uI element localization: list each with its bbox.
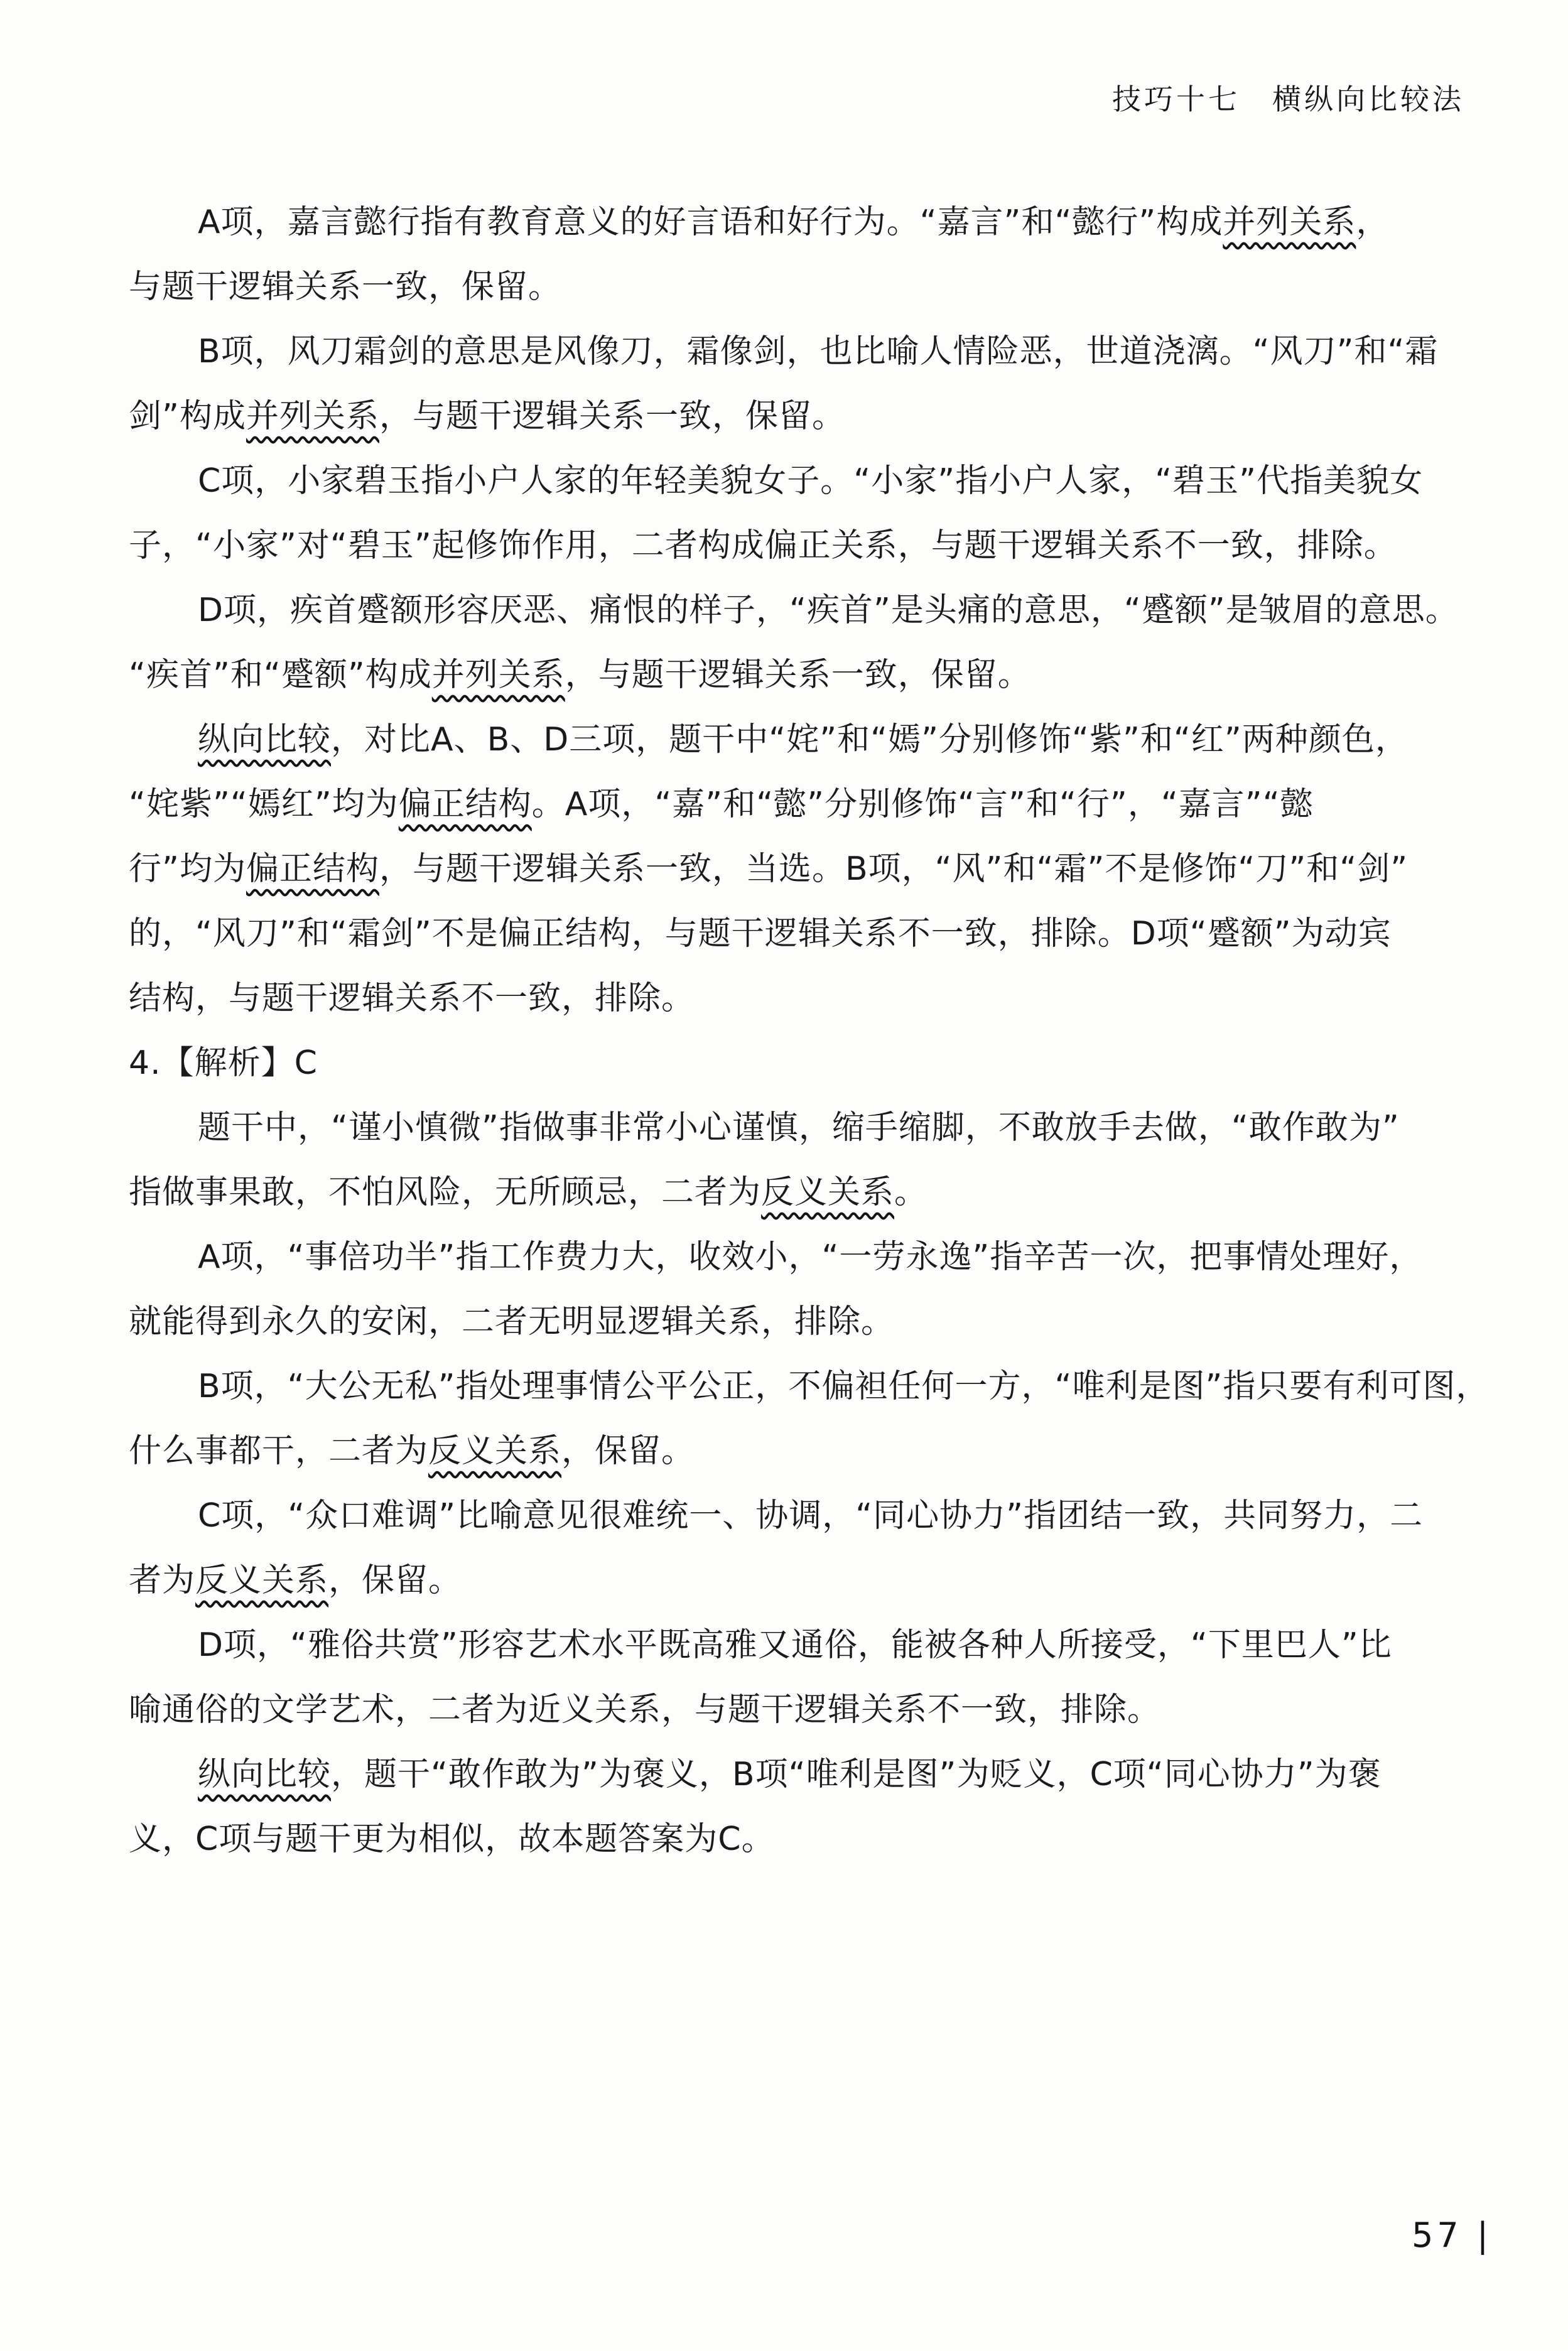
text-segment: D项，疾首蹙额形容厌恶、痛恨的样子，“疾首”是头痛的意思，“蹙额”是皱眉的意思。: [198, 592, 1459, 629]
text-line: B项，“大公无私”指处理事情公平公正，不偏袒任何一方，“唯利是图”指只要有利可图…: [129, 1354, 1454, 1419]
text-segment: 。A项，“嘉”和“懿”分别修饰“言”和“行”，“嘉言”“懿: [532, 786, 1314, 823]
text-line: A项，“事倍功半”指工作费力大，收效小，“一劳永逸”指辛苦一次，把事情处理好，: [129, 1225, 1454, 1290]
text-line: 者为反义关系，保留。: [129, 1548, 1454, 1613]
text-segment: C项，“众口难调”比喻意见很难统一、协调，“同心协力”指团结一致，共同努力，二: [198, 1497, 1423, 1535]
text-line: 子，“小家”对“碧玉”起修饰作用，二者构成偏正关系，与题干逻辑关系不一致，排除。: [129, 514, 1454, 578]
wavy-underlined-phrase: 反义关系: [428, 1432, 561, 1470]
text-segment: 结构，与题干逻辑关系不一致，排除。: [129, 980, 695, 1017]
text-segment: A项，嘉言懿行指有教育意义的好言语和好行为。“嘉言”和“懿行”构成: [198, 203, 1223, 241]
text-line: 结构，与题干逻辑关系不一致，排除。: [129, 966, 1454, 1031]
text-line: C项，“众口难调”比喻意见很难统一、协调，“同心协力”指团结一致，共同努力，二: [129, 1484, 1454, 1548]
text-line: 义，C项与题干更为相似，故本题答案为C。: [129, 1807, 1454, 1872]
text-segment: 指做事果敢，不怕风险，无所顾忌，二者为: [129, 1174, 761, 1211]
text-line: D项，疾首蹙额形容厌恶、痛恨的样子，“疾首”是头痛的意思，“蹙额”是皱眉的意思。: [129, 578, 1454, 643]
text-segment: D项，“雅俗共赏”形容艺术水平既高雅又通俗，能被各种人所接受，“下里巴人”比: [198, 1626, 1392, 1664]
text-segment: 剑”构成: [129, 397, 246, 435]
text-line: “疾首”和“蹙额”构成并列关系，与题干逻辑关系一致，保留。: [129, 643, 1454, 708]
text-segment: ，题干“敢作敢为”为褒义，B项“唯利是图”为贬义，C项“同心协力”为褒: [331, 1756, 1381, 1793]
text-segment: A项，“事倍功半”指工作费力大，收效小，“一劳永逸”指辛苦一次，把事情处理好，: [198, 1238, 1422, 1276]
wavy-underlined-phrase: 纵向比较: [198, 1756, 331, 1793]
text-line: 的，“风刀”和“霜剑”不是偏正结构，与题干逻辑关系不一致，排除。D项“蹙额”为动…: [129, 902, 1454, 966]
book-page: 技巧十七 横纵向比较法 A项，嘉言懿行指有教育意义的好言语和好行为。“嘉言”和“…: [0, 0, 1568, 2351]
text-line: 就能得到永久的安闲，二者无明显逻辑关系，排除。: [129, 1290, 1454, 1354]
wavy-underlined-phrase: 偏正结构: [246, 850, 379, 888]
text-segment: ，保留。: [328, 1562, 462, 1599]
text-segment: ，保留。: [561, 1432, 695, 1470]
wavy-underlined-phrase: 反义关系: [195, 1562, 328, 1599]
text-segment: 者为: [129, 1562, 195, 1599]
text-segment: 。: [894, 1174, 927, 1211]
text-line: D项，“雅俗共赏”形容艺术水平既高雅又通俗，能被各种人所接受，“下里巴人”比: [129, 1613, 1454, 1678]
text-segment: B项，风刀霜剑的意思是风像刀，霜像剑，也比喻人情险恶，世道浇漓。“风刀”和“霜: [198, 333, 1439, 370]
text-segment: 的，“风刀”和“霜剑”不是偏正结构，与题干逻辑关系不一致，排除。D项“蹙额”为动…: [129, 915, 1392, 953]
page-number: 57 |: [1412, 2215, 1492, 2255]
text-line: A项，嘉言懿行指有教育意义的好言语和好行为。“嘉言”和“懿行”构成并列关系，: [129, 190, 1454, 255]
text-segment: ，: [1356, 203, 1389, 241]
text-line: C项，小家碧玉指小户人家的年轻美貌女子。“小家”指小户人家，“碧玉”代指美貌女: [129, 449, 1454, 514]
text-segment: 喻通俗的文学艺术，二者为近义关系，与题干逻辑关系不一致，排除。: [129, 1691, 1160, 1729]
text-segment: ，对比A、B、D三项，题干中“姹”和“嫣”分别修饰“紫”和“红”两种颜色，: [331, 721, 1408, 759]
text-line: 纵向比较，对比A、B、D三项，题干中“姹”和“嫣”分别修饰“紫”和“红”两种颜色…: [129, 708, 1454, 772]
text-line: “姹紫”“嫣红”均为偏正结构。A项，“嘉”和“懿”分别修饰“言”和“行”，“嘉言…: [129, 772, 1454, 837]
text-segment: “姹紫”“嫣红”均为: [129, 786, 399, 823]
text-segment: 题干中，“谨小慎微”指做事非常小心谨慎，缩手缩脚，不敢放手去做，“敢作敢为”: [198, 1109, 1400, 1147]
text-line: 纵向比较，题干“敢作敢为”为褒义，B项“唯利是图”为贬义，C项“同心协力”为褒: [129, 1743, 1454, 1807]
wavy-underlined-phrase: 偏正结构: [399, 786, 532, 823]
text-segment: C项，小家碧玉指小户人家的年轻美貌女子。“小家”指小户人家，“碧玉”代指美貌女: [198, 462, 1423, 500]
wavy-underlined-phrase: 并列关系: [432, 656, 565, 694]
text-line: 题干中，“谨小慎微”指做事非常小心谨慎，缩手缩脚，不敢放手去做，“敢作敢为”: [129, 1096, 1454, 1160]
text-line: 喻通俗的文学艺术，二者为近义关系，与题干逻辑关系不一致，排除。: [129, 1678, 1454, 1743]
text-segment: ，与题干逻辑关系一致，当选。B项，“风”和“霜”不是修饰“刀”和“剑”: [379, 850, 1408, 888]
text-segment: 4.【解析】C: [129, 1044, 318, 1082]
wavy-underlined-phrase: 并列关系: [1223, 203, 1356, 241]
text-segment: 行”均为: [129, 850, 246, 888]
text-segment: “疾首”和“蹙额”构成: [129, 656, 432, 694]
running-header-chapter-title: 技巧十七 横纵向比较法: [1112, 77, 1464, 118]
wavy-underlined-phrase: 并列关系: [246, 397, 379, 435]
text-line: 4.【解析】C: [129, 1031, 1454, 1096]
text-line: B项，风刀霜剑的意思是风像刀，霜像剑，也比喻人情险恶，世道浇漓。“风刀”和“霜: [129, 320, 1454, 384]
text-segment: 就能得到永久的安闲，二者无明显逻辑关系，排除。: [129, 1303, 894, 1341]
wavy-underlined-phrase: 反义关系: [761, 1174, 894, 1211]
wavy-underlined-phrase: 纵向比较: [198, 721, 331, 759]
text-line: 剑”构成并列关系，与题干逻辑关系一致，保留。: [129, 384, 1454, 449]
text-segment: 义，C项与题干更为相似，故本题答案为C。: [129, 1820, 775, 1858]
text-line: 什么事都干，二者为反义关系，保留。: [129, 1419, 1454, 1484]
text-segment: 与题干逻辑关系一致，保留。: [129, 268, 561, 306]
text-segment: ，与题干逻辑关系一致，保留。: [565, 656, 1031, 694]
text-segment: ，与题干逻辑关系一致，保留。: [379, 397, 845, 435]
text-segment: B项，“大公无私”指处理事情公平公正，不偏袒任何一方，“唯利是图”指只要有利可图…: [198, 1368, 1489, 1405]
text-segment: 什么事都干，二者为: [129, 1432, 428, 1470]
text-segment: 子，“小家”对“碧玉”起修饰作用，二者构成偏正关系，与题干逻辑关系不一致，排除。: [129, 527, 1397, 565]
answer-explanation-text-block: A项，嘉言懿行指有教育意义的好言语和好行为。“嘉言”和“懿行”构成并列关系，与题…: [129, 190, 1454, 1872]
text-line: 与题干逻辑关系一致，保留。: [129, 255, 1454, 320]
text-line: 指做事果敢，不怕风险，无所顾忌，二者为反义关系。: [129, 1160, 1454, 1225]
text-line: 行”均为偏正结构，与题干逻辑关系一致，当选。B项，“风”和“霜”不是修饰“刀”和…: [129, 837, 1454, 902]
